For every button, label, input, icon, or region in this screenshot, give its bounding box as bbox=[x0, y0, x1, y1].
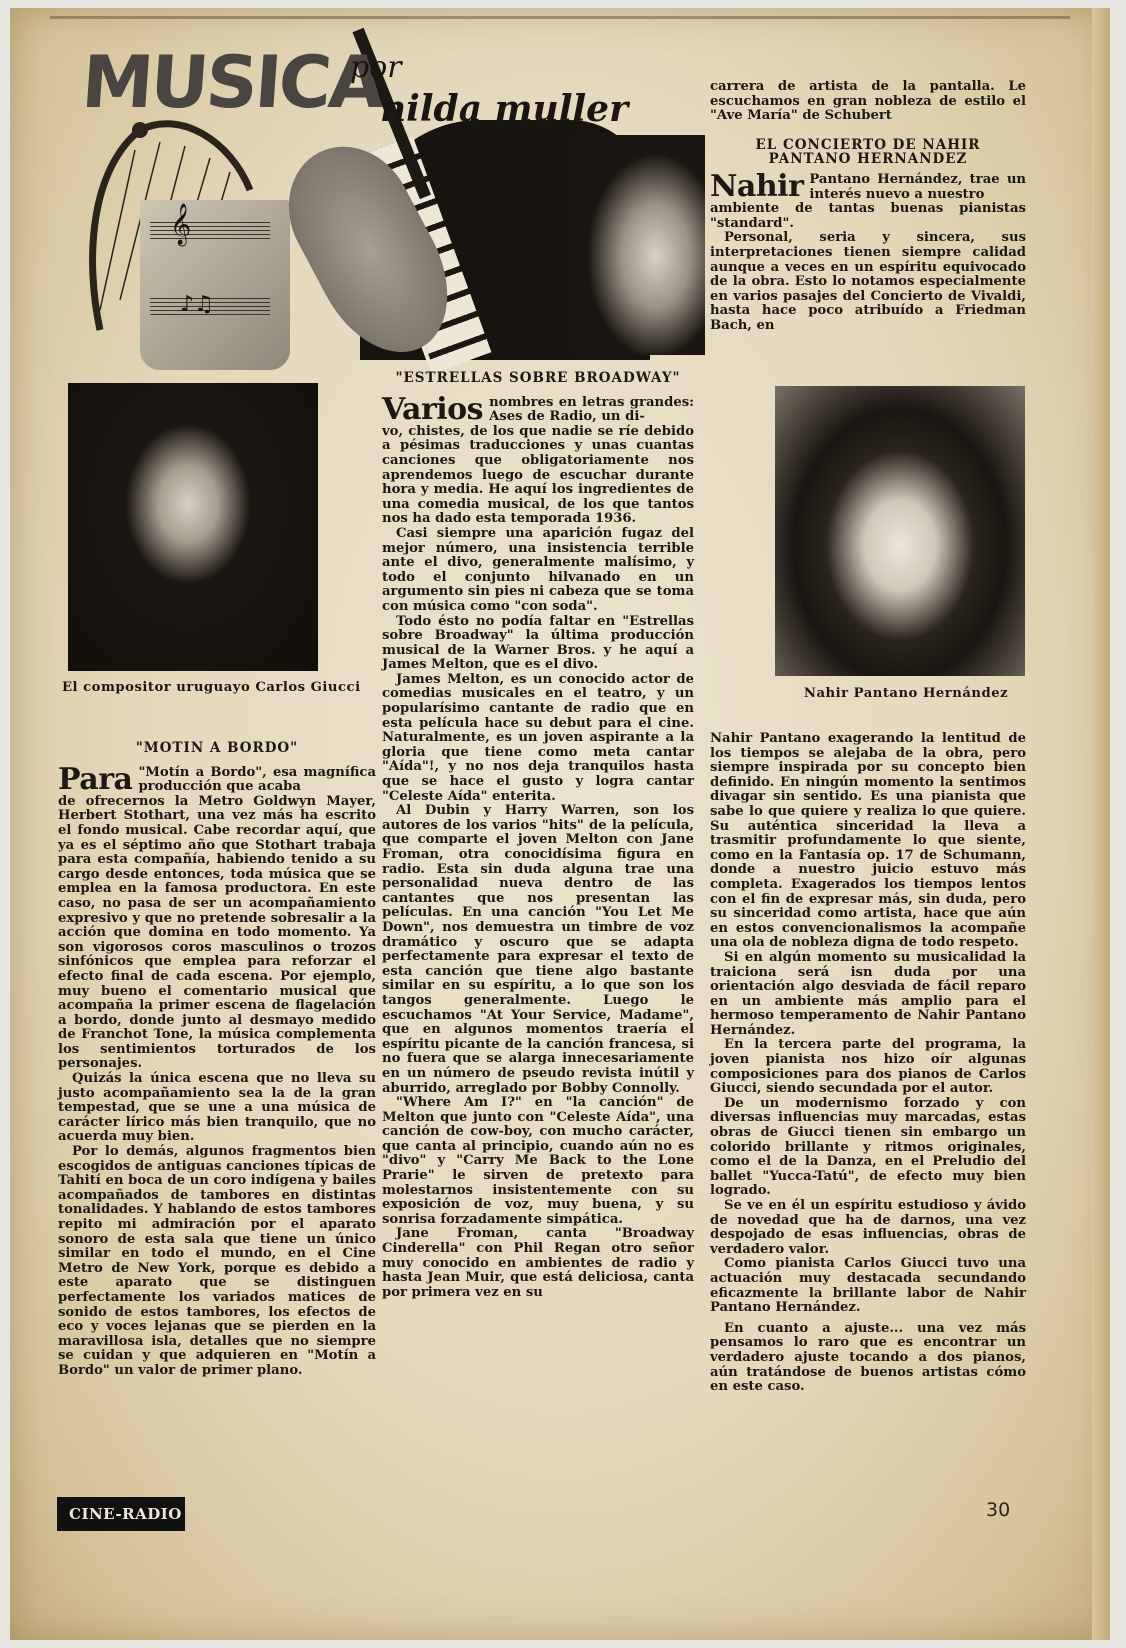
paragraph: Quizás la única escena que no lleva su j… bbox=[58, 1072, 376, 1145]
paragraph: Jane Froman, canta "Broadway Cinderella"… bbox=[382, 1227, 694, 1300]
article-heading: "ESTRELLAS SOBRE BROADWAY" bbox=[382, 371, 694, 386]
paragraph: James Melton, es un conocido actor de co… bbox=[382, 673, 694, 804]
paragraph: Se ve en él un espíritu estudioso y ávid… bbox=[710, 1199, 1026, 1257]
lead-line: Nahir Pantano Hernández, trae un interés… bbox=[710, 173, 1026, 202]
paragraph: ambiente de tantas buenas pianistas "sta… bbox=[710, 202, 1026, 231]
section-title: MUSICA bbox=[79, 40, 384, 124]
lead-text: nombres en letras grandes: Ases de Radio… bbox=[489, 396, 694, 425]
treble-clef-icon: 𝄞 bbox=[170, 204, 191, 246]
lead-line: Varios nombres en letras grandes: Ases d… bbox=[382, 396, 694, 425]
heading-line: EL CONCIERTO DE NAHIR bbox=[710, 138, 1026, 153]
column-concierto-nahir: carrera de artista de la pantalla. Le es… bbox=[710, 80, 1026, 334]
paragraph: En la tercera parte del programa, la jov… bbox=[710, 1038, 1026, 1096]
paragraph: En cuanto a ajuste... una vez más pensam… bbox=[710, 1322, 1026, 1395]
paragraph: vo, chistes, de los que nadie se ríe deb… bbox=[382, 425, 694, 527]
paragraph: carrera de artista de la pantalla. Le es… bbox=[710, 80, 1026, 124]
dropcap-word: Para bbox=[58, 766, 132, 794]
paragraph: de ofrecernos la Metro Goldwyn Mayer, He… bbox=[58, 795, 376, 1072]
composer-photo-caption: El compositor uruguayo Carlos Giucci bbox=[62, 680, 382, 695]
paragraph: Casi siempre una aparición fugaz del mej… bbox=[382, 527, 694, 615]
music-staff bbox=[150, 222, 270, 240]
music-notes-icon: ♪♫ bbox=[180, 292, 214, 317]
dropcap-word: Varios bbox=[382, 396, 483, 424]
article-heading: "MOTIN A BORDO" bbox=[58, 741, 376, 756]
paragraph: Personal, seria y sincera, sus interpret… bbox=[710, 231, 1026, 333]
paragraph: Si en algún momento su musicalidad la tr… bbox=[710, 951, 1026, 1039]
lead-text: Pantano Hernández, trae un interés nuevo… bbox=[809, 173, 1026, 202]
dropcap-word: Nahir bbox=[710, 173, 803, 201]
page-edge bbox=[1092, 8, 1110, 1640]
pianist-photo bbox=[775, 386, 1025, 676]
sheet-music-scroll: 𝄞 ♪♫ bbox=[140, 200, 290, 370]
heading-line: PANTANO HERNANDEZ bbox=[710, 152, 1026, 167]
paragraph: Nahir Pantano exagerando la lentitud de … bbox=[710, 732, 1026, 951]
paragraph: De un modernismo forzado y con diversas … bbox=[710, 1097, 1026, 1199]
article-heading: EL CONCIERTO DE NAHIR PANTANO HERNANDEZ bbox=[710, 138, 1026, 167]
page-number: 30 bbox=[986, 1499, 1010, 1521]
column-motin-a-bordo: "MOTIN A BORDO" Para "Motín a Bordo", es… bbox=[58, 735, 376, 1379]
lead-text: "Motín a Bordo", esa magnífica producció… bbox=[138, 766, 376, 795]
pianist-photo-caption: Nahir Pantano Hernández bbox=[776, 686, 1036, 701]
paragraph: Todo ésto no podía faltar en "Estrellas … bbox=[382, 615, 694, 673]
paragraph: Como pianista Carlos Giucci tuvo una act… bbox=[710, 1257, 1026, 1315]
column-estrellas-sobre-broadway: "ESTRELLAS SOBRE BROADWAY" Varios nombre… bbox=[382, 365, 694, 1300]
paragraph: Por lo demás, algunos fragmentos bien es… bbox=[58, 1145, 376, 1379]
column-concierto-nahir-continued: Nahir Pantano exagerando la lentitud de … bbox=[710, 732, 1026, 1395]
woman-photo bbox=[575, 135, 705, 355]
lead-line: Para "Motín a Bordo", esa magnífica prod… bbox=[58, 766, 376, 795]
byline-prefix: por bbox=[350, 50, 402, 85]
paragraph: "Where Am I?" en "la canción" de Melton … bbox=[382, 1096, 694, 1227]
publication-badge: CINE-RADIO bbox=[57, 1497, 185, 1531]
composer-photo bbox=[68, 383, 318, 671]
paragraph: Al Dubin y Harry Warren, son los autores… bbox=[382, 804, 694, 1096]
header-illustration: 𝄞 ♪♫ MUSICA por nilda muller bbox=[60, 10, 710, 390]
byline-author: nilda muller bbox=[380, 88, 628, 130]
